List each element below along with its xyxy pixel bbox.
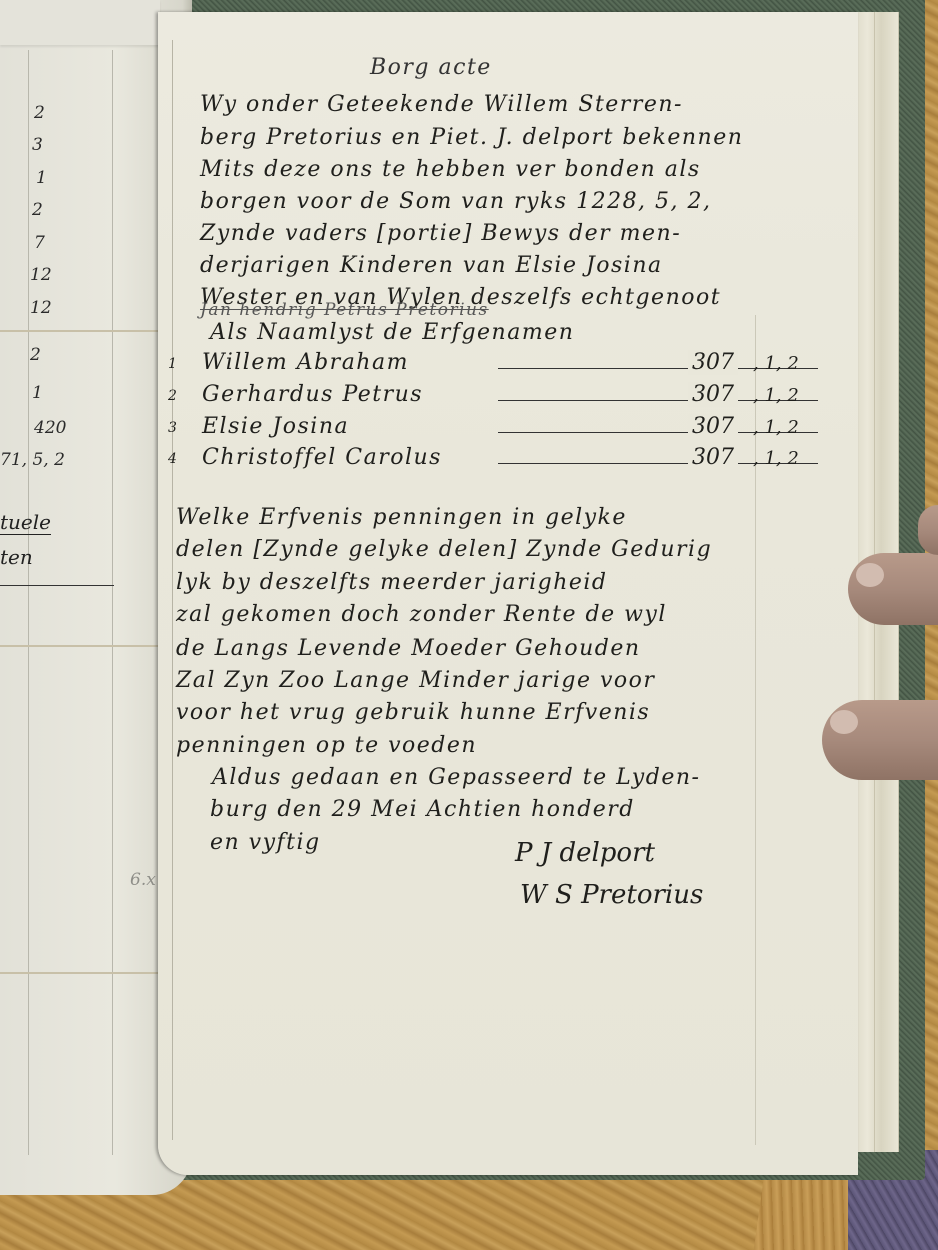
left-number: 420 [34,418,66,438]
left-fragment: 6.x [130,870,156,890]
heir-row: 1 Willem Abraham 307 , 1, 2 [168,350,808,380]
body-line: Wy onder Geteekende Willem Sterren- [200,92,683,117]
left-number: 2 [30,345,41,365]
left-number: 1 [36,168,47,188]
heir-index: 2 [168,388,177,404]
signature-pretorius: W S Pretorius [520,880,703,910]
heir-index: 3 [168,420,177,436]
left-fragment: ten [0,545,33,569]
heir-sub-amount: , 1, 2 [753,417,799,438]
heir-name: Willem Abraham [202,350,409,375]
finger [848,553,938,625]
paragraph-line: penningen op te voeden [176,733,477,758]
heirs-header: Als Naamlyst de Erfgenamen [210,320,574,345]
paragraph-line: zal gekomen doch zonder Rente de wyl [176,602,667,627]
left-rule [112,50,113,1155]
paragraph-line: de Langs Levende Moeder Gehouden [176,636,641,661]
left-number: 7 [34,233,45,253]
document-title: Borg acte [370,55,492,80]
heir-name: Christoffel Carolus [202,445,442,470]
left-number: 2 [34,103,45,123]
body-line: derjarigen Kinderen van Elsie Josina [200,253,663,278]
heir-sub-amount: , 1, 2 [753,353,799,374]
left-rule [28,50,29,1155]
paragraph-line: lyk by deszelfts meerder jarigheid [176,570,608,595]
heir-amount: 307 [688,414,738,439]
heir-sub-amount: , 1, 2 [753,385,799,406]
heir-amount: 307 [688,350,738,375]
closing-line: burg den 29 Mei Achtien honderd [210,797,635,822]
paragraph-line: Welke Erfvenis penningen in gelyke [176,505,627,530]
left-number: 71, 5, 2 [0,450,65,470]
body-line: berg Pretorius en Piet. J. delport beken… [200,125,743,150]
body-line: Zynde vaders [portie] Bewys der men- [200,221,681,246]
body-line: Mits deze ons te hebben ver bonden als [200,157,701,182]
left-number: 12 [30,298,52,318]
left-number: 1 [32,383,43,403]
heir-index: 4 [168,451,177,467]
left-fragment: tuele [0,510,51,535]
paragraph-line: delen [Zynde gelyke delen] Zynde Gedurig [176,537,712,562]
heir-index: 1 [168,356,177,372]
heir-row: 4 Christoffel Carolus 307 , 1, 2 [168,445,808,475]
closing-line: Aldus gedaan en Gepasseerd te Lyden- [212,765,700,790]
left-number: 12 [30,265,52,285]
body-line-struck: Jan hendrig Petrus Pretorius [200,300,489,320]
paragraph-line: Zal Zyn Zoo Lange Minder jarige voor [176,668,655,693]
finger [822,700,938,780]
heir-row: 2 Gerhardus Petrus 307 , 1, 2 [168,382,808,412]
heir-amount: 307 [688,382,738,407]
paragraph-line: voor het vrug gebruik hunne Erfvenis [176,700,650,725]
heir-row: 3 Elsie Josina 307 , 1, 2 [168,414,808,444]
left-underline [0,585,114,586]
left-page-top-edge [0,0,160,45]
body-line: borgen voor de Som van ryks 1228, 5, 2, [200,189,712,214]
heir-name: Elsie Josina [202,414,349,439]
margin-rule [172,40,173,1140]
closing-line: en vyftig [210,830,321,855]
left-number: 2 [32,200,43,220]
heir-name: Gerhardus Petrus [202,382,423,407]
heir-amount: 307 [688,445,738,470]
heir-sub-amount: , 1, 2 [753,448,799,469]
left-number: 3 [32,135,43,155]
signature-delport: P J delport [515,838,655,868]
